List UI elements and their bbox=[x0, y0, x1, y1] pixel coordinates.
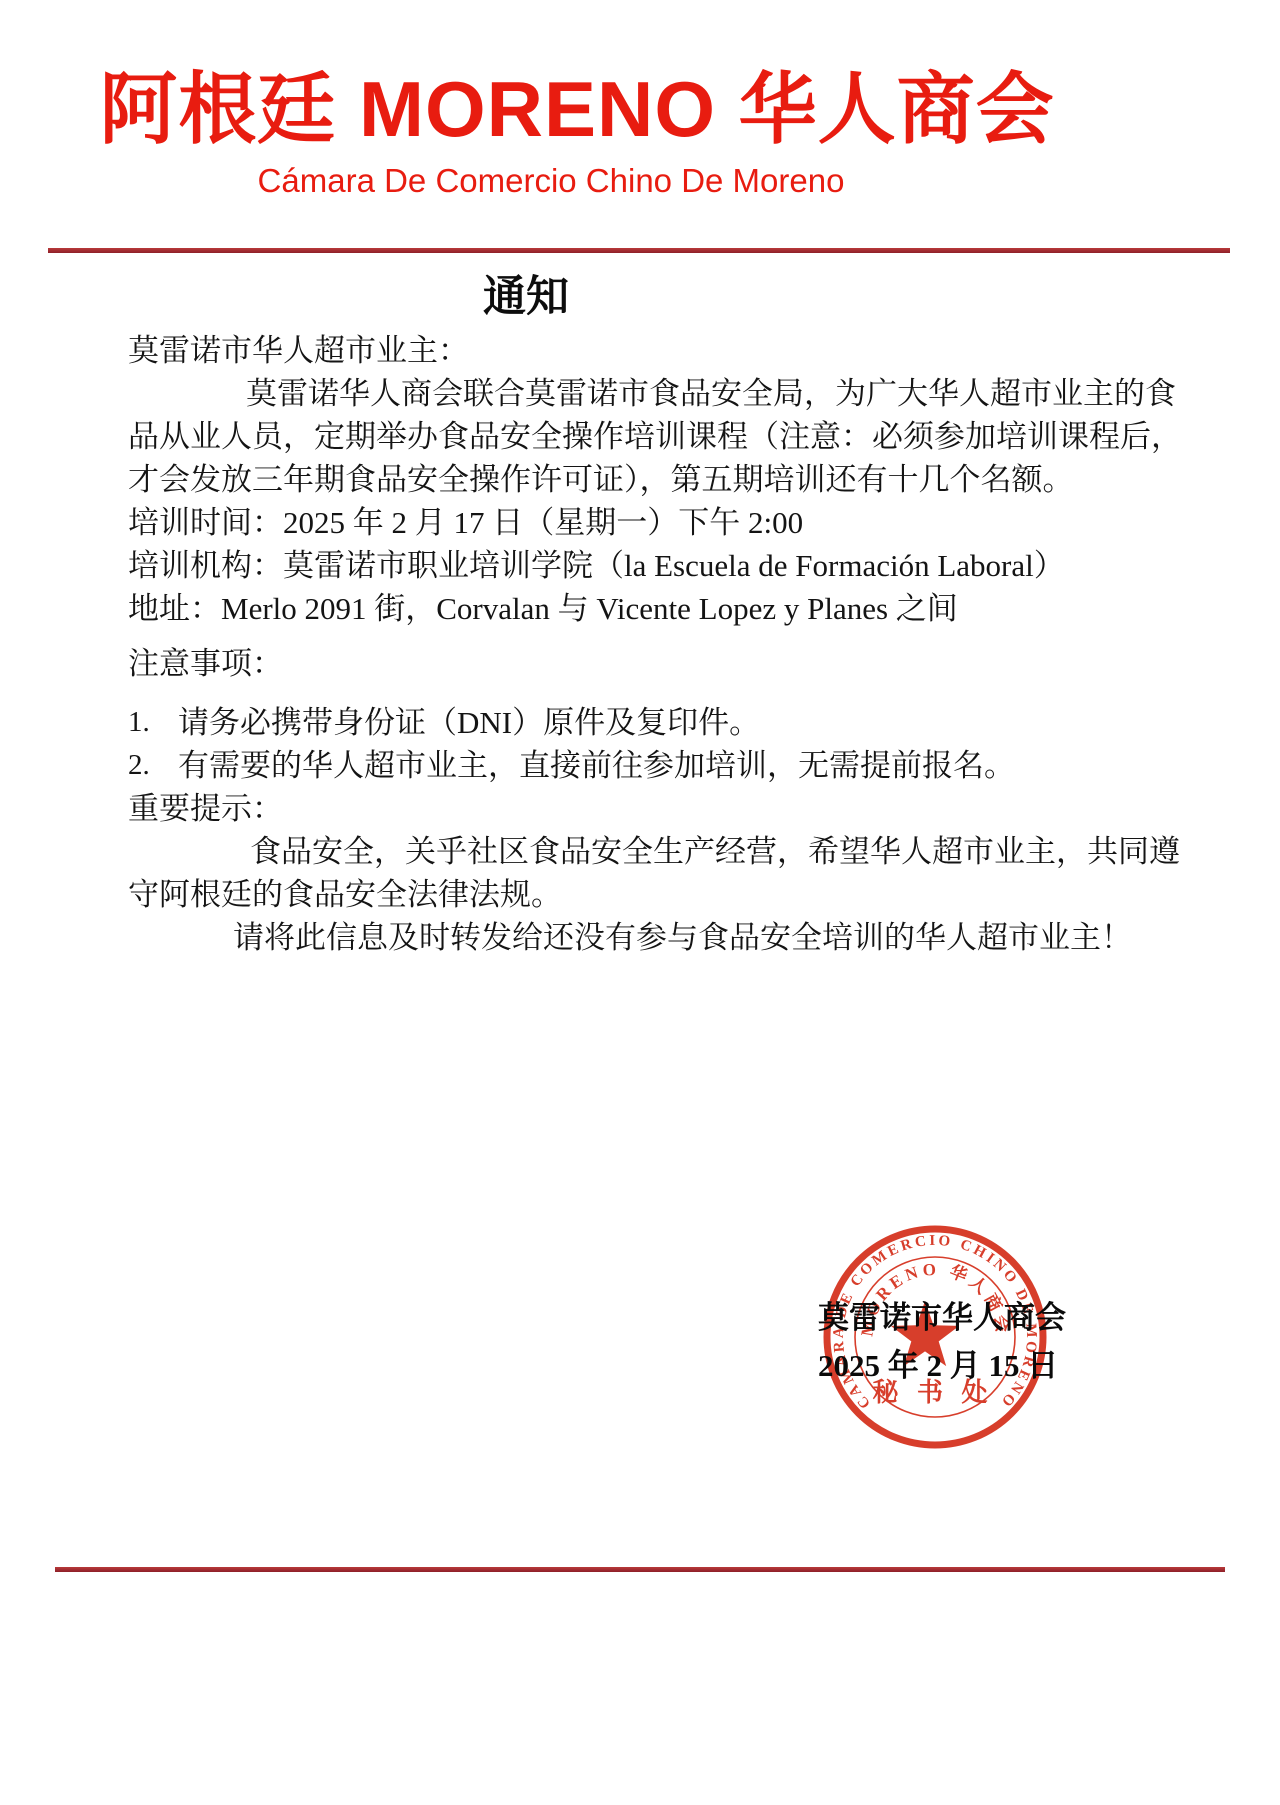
org-name-chinese: 阿根廷 MORENO 华人商会 bbox=[0, 70, 1217, 148]
important-heading: 重要提示： bbox=[128, 787, 1168, 830]
list-item-number: 1. bbox=[128, 701, 178, 744]
forward-note-line: 请将此信息及时转发给还没有参与食品安全培训的华人超市业主！ bbox=[128, 916, 1168, 959]
list-item-text: 请务必携带身份证（DNI）原件及复印件。 bbox=[178, 701, 760, 744]
header-divider bbox=[48, 248, 1230, 253]
org-name-spanish: Cámara De Comercio Chino De Moreno bbox=[0, 163, 1191, 199]
paragraph-line: 品从业人员，定期举办食品安全操作培训课程（注意：必须参加培训课程后， bbox=[128, 415, 1168, 458]
list-item-number: 2. bbox=[128, 744, 178, 787]
signature-block: 莫雷诺市华人商会 2025 年 2 月 15 日 bbox=[818, 1294, 1066, 1390]
footer-divider bbox=[55, 1567, 1225, 1572]
document-page: 阿根廷 MORENO 华人商会 Cámara De Comercio Chino… bbox=[0, 0, 1280, 1805]
important-line: 食品安全，关乎社区食品安全生产经营，希望华人超市业主，共同遵 bbox=[128, 830, 1168, 873]
paragraph-line: 莫雷诺华人商会联合莫雷诺市食品安全局，为广大华人超市业主的食 bbox=[128, 372, 1168, 415]
list-item-text: 有需要的华人超市业主，直接前往参加培训，无需提前报名。 bbox=[178, 744, 1015, 787]
notice-title: 通知 bbox=[0, 274, 1166, 321]
address-line: 地址：Merlo 2091 街，Corvalan 与 Vicente Lopez… bbox=[128, 587, 1168, 630]
notes-heading: 注意事项： bbox=[128, 642, 1168, 685]
important-line: 守阿根廷的食品安全法律法规。 bbox=[128, 873, 1168, 916]
greeting-line: 莫雷诺市华人超市业主： bbox=[128, 329, 1168, 372]
signature-date: 2025 年 2 月 15 日 bbox=[818, 1342, 1066, 1390]
list-item: 2. 有需要的华人超市业主，直接前往参加培训，无需提前报名。 bbox=[128, 744, 1168, 787]
training-institution-line: 培训机构：莫雷诺市职业培训学院（la Escuela de Formación … bbox=[128, 544, 1168, 587]
notice-body: 莫雷诺市华人超市业主： 莫雷诺华人商会联合莫雷诺市食品安全局，为广大华人超市业主… bbox=[128, 329, 1168, 959]
paragraph-line: 才会发放三年期食品安全操作许可证），第五期培训还有十几个名额。 bbox=[128, 458, 1168, 501]
list-item: 1. 请务必携带身份证（DNI）原件及复印件。 bbox=[128, 701, 1168, 744]
training-time-line: 培训时间：2025 年 2 月 17 日（星期一）下午 2:00 bbox=[128, 501, 1168, 544]
signature-org: 莫雷诺市华人商会 bbox=[818, 1294, 1066, 1342]
